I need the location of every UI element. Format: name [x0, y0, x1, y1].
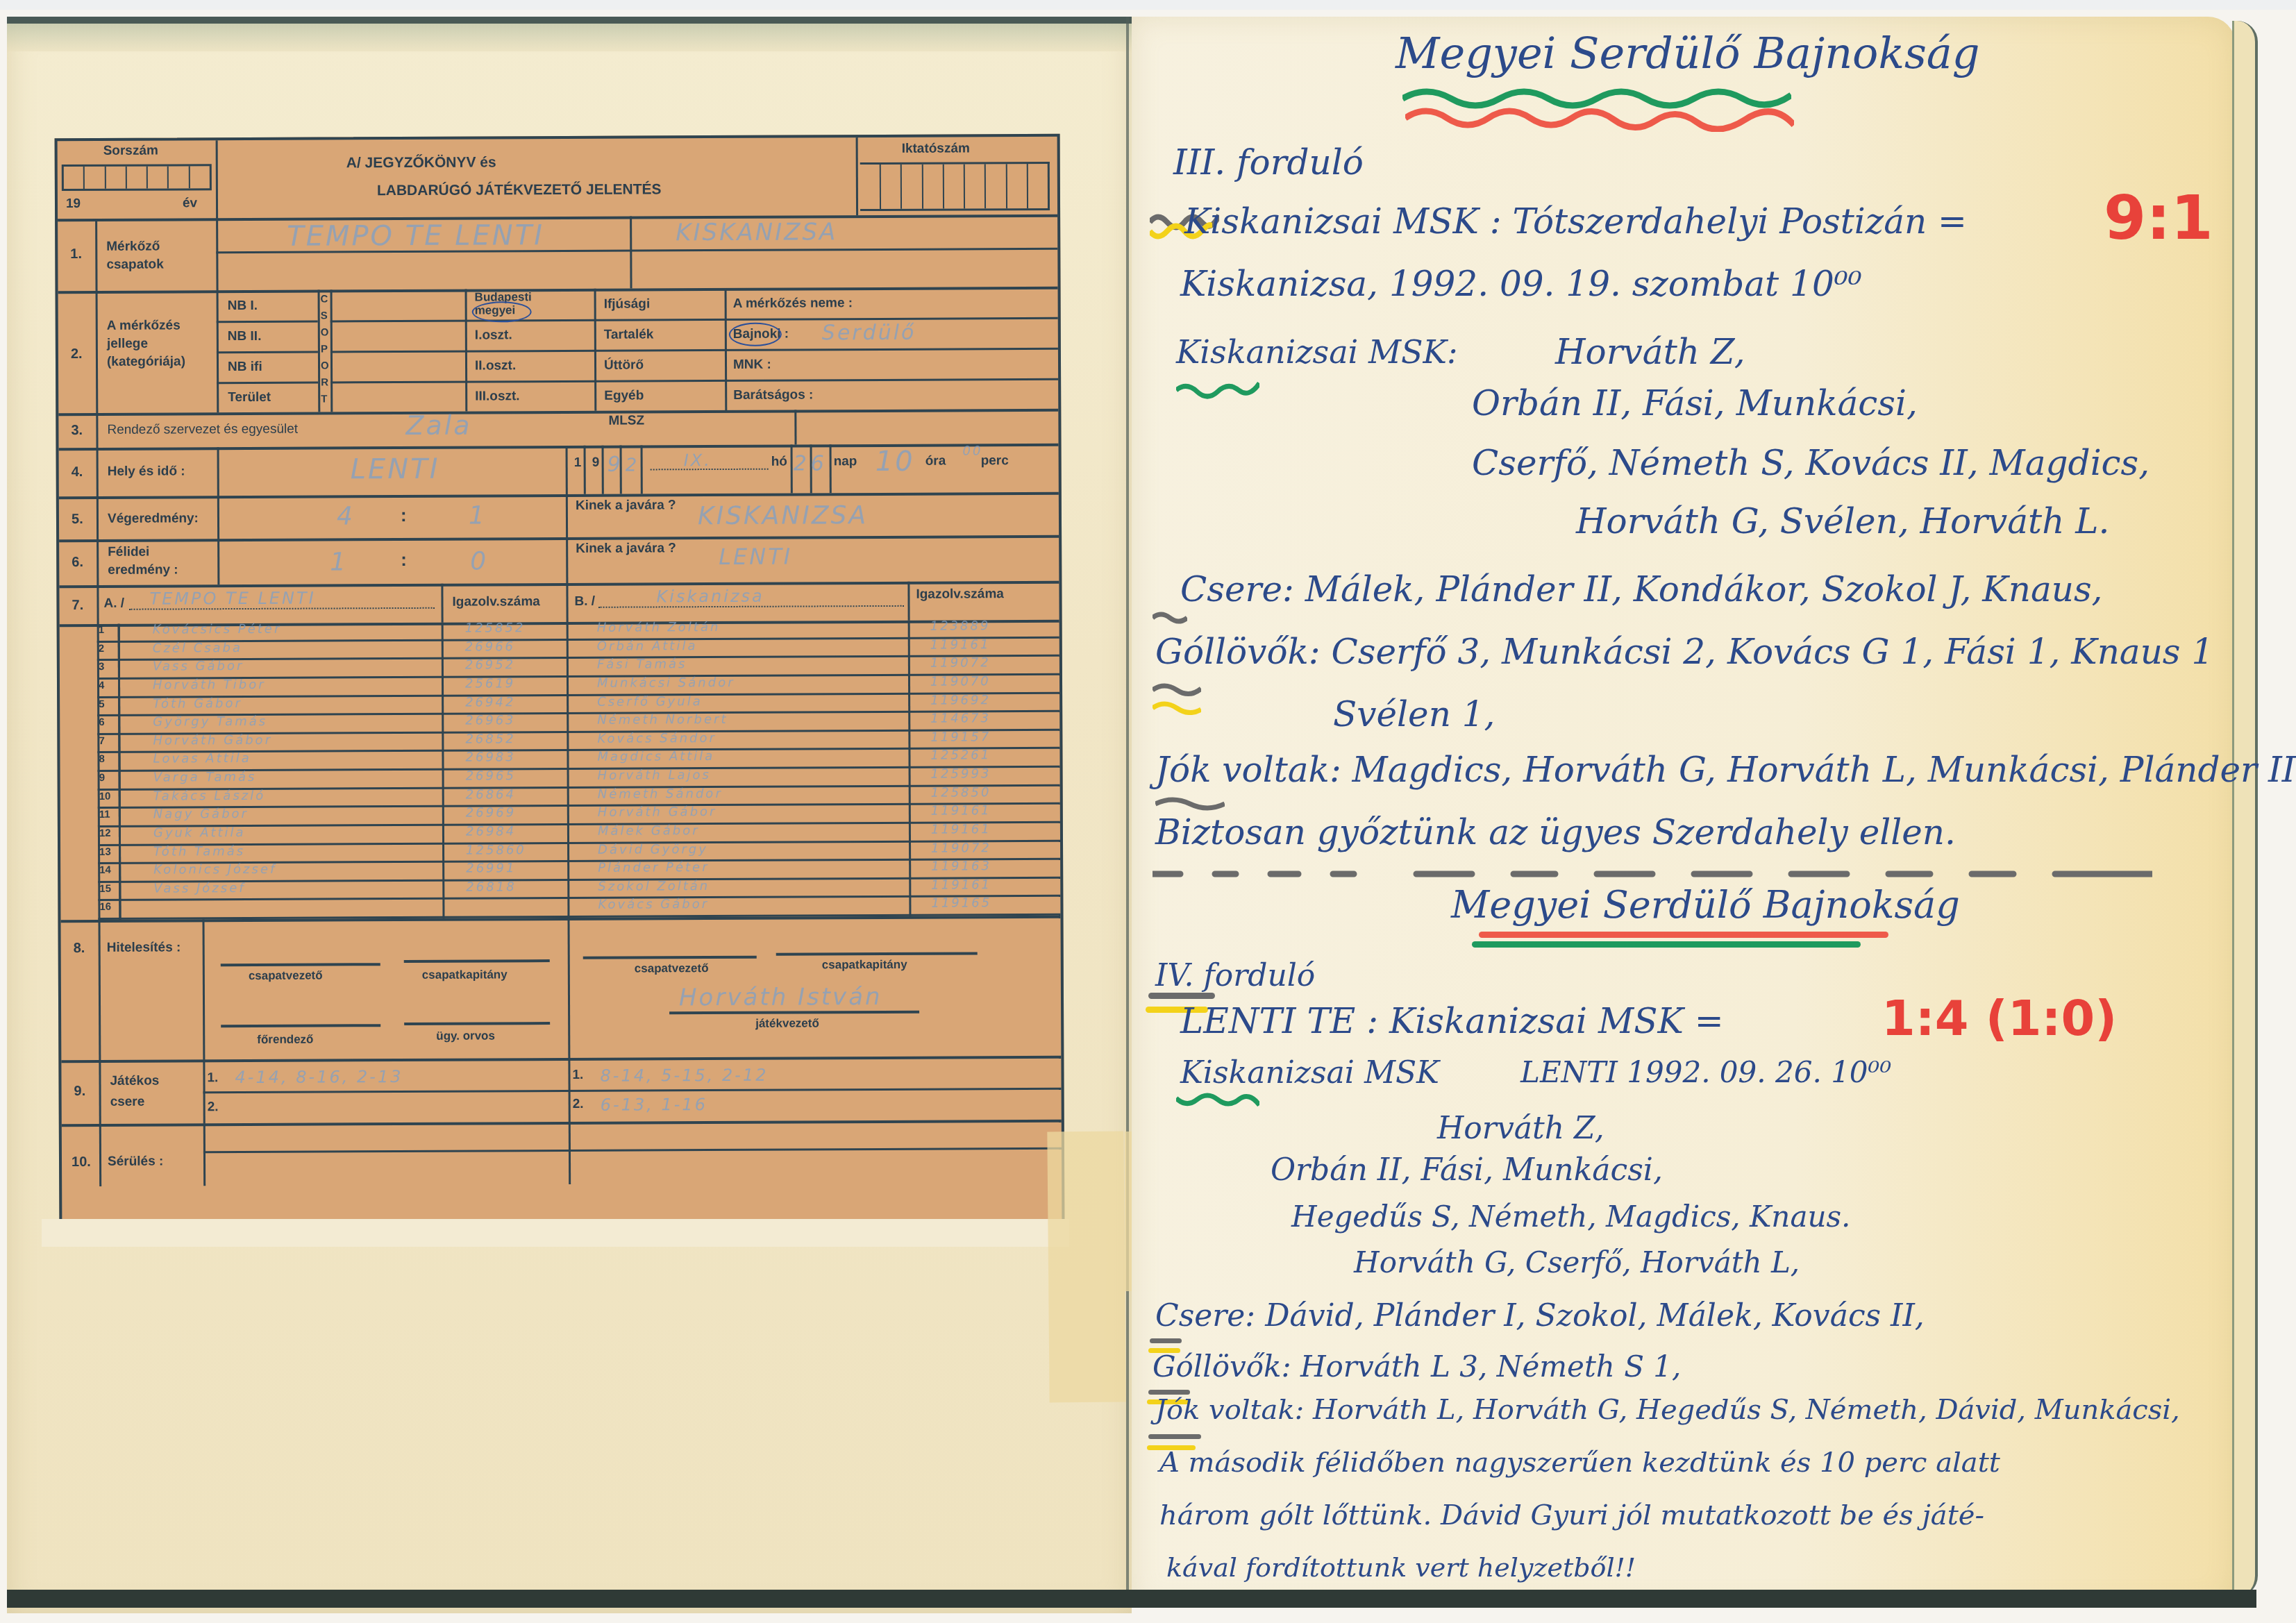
- injuries-label: Sérülés :: [108, 1154, 163, 1169]
- sub-b-line1: 8-14, 5-15, 2-12: [600, 1066, 768, 1086]
- player-b-name: Kovács Gábor: [598, 897, 709, 912]
- player-a-name: Nagy Gábor: [153, 807, 249, 822]
- player-a-id: 25619: [465, 676, 515, 691]
- round-4-score: 1:4 (1:0): [1882, 990, 2117, 1047]
- section-injuries: 10. Sérülés :: [62, 1120, 1062, 1186]
- halftime-label-2: eredmény :: [108, 562, 178, 578]
- round-3-score: 9:1: [2104, 182, 2213, 253]
- player-b-name: Szokol Zoltán: [598, 879, 710, 894]
- iktato-label: Iktatószám: [902, 141, 970, 156]
- player-b-name: Németh Norbert: [597, 712, 728, 728]
- section-number: 1.: [70, 246, 82, 262]
- heading-county-youth-championship: Megyei Serdülő Bajnokság: [1396, 28, 1979, 78]
- player-b-name: Kovács Sándor: [597, 731, 717, 746]
- round-4-comment-line: kával fordítottunk vert helyzetből!!: [1166, 1552, 1636, 1583]
- players-grid: 1Kovácsics Péter125852Horváth Zoltán1238…: [60, 620, 1061, 923]
- player-b-id: 119072: [931, 841, 991, 855]
- section-place-time: 4. Hely és idő : LENTI 1 9 9 2 IX. hó 26…: [59, 444, 1059, 499]
- level-nb2: NB II.: [228, 329, 262, 344]
- section-final-score: 5. Végeredmény: 4 : 1 Kinek a javára ? K…: [59, 492, 1059, 542]
- notebook-cover: [7, 1590, 2256, 1608]
- final-winner: KISKANIZSA: [698, 501, 868, 530]
- team-a-name-hw: TEMPO TE LENTI: [149, 589, 315, 609]
- type-egyeb: Egyéb: [604, 388, 644, 403]
- player-b-id: 119161: [931, 822, 991, 836]
- referee-report-form: Sorszám 19 év A/ JEGYZŐKÖNYV és LABDARÚG…: [55, 134, 1065, 1227]
- player-a-name: Gyuk Attila: [153, 825, 246, 841]
- hour-label: óra: [925, 454, 946, 469]
- player-a-id: 125860: [466, 843, 526, 857]
- player-b-name: Málek Gábor: [598, 823, 700, 839]
- round-3-scorers: Góllövők: Cserfő 3, Munkácsi 2, Kovács G…: [1155, 632, 2213, 672]
- minute-label: perc: [981, 453, 1009, 469]
- scan-border: [0, 0, 2296, 10]
- section-number: 2.: [71, 346, 83, 362]
- notebook-spine: [1126, 17, 1129, 1606]
- form-title-line1: A/ JEGYZŐKÖNYV és: [346, 154, 496, 171]
- score-colon: :: [401, 505, 407, 526]
- signature-line: [404, 1022, 550, 1025]
- sub-line-num: 2.: [573, 1097, 584, 1112]
- teams-label-2: csapatok: [106, 257, 163, 272]
- section-teams: 1. Mérkőző csapatok TEMPO TE LENTI KISKA…: [58, 215, 1057, 294]
- round-4-comment-line: három gólt lőttünk. Dávid Gyuri jól muta…: [1159, 1499, 1984, 1531]
- player-a-name: Vass József: [153, 881, 245, 896]
- category-label-3: (kategóriája): [107, 354, 185, 369]
- signature-line: [583, 956, 757, 959]
- winner-label: Kinek a javára ?: [576, 541, 676, 557]
- year-suffix: év: [183, 196, 197, 211]
- grey-wavy-underline: [1155, 796, 1225, 812]
- place-value: LENTI: [351, 453, 440, 486]
- round-4-lineup-line: Orbán II, Fási, Munkácsi,: [1271, 1152, 1663, 1188]
- signature-line: [776, 952, 978, 955]
- player-a-name: Horváth Tibor: [153, 678, 266, 693]
- player-number: 8: [99, 753, 104, 765]
- round-4-subs: Csere: Dávid, Plánder I, Szokol, Málek, …: [1155, 1298, 1925, 1334]
- page-stack-edge: [2232, 21, 2258, 1597]
- sorszam-boxes: [62, 164, 212, 191]
- winner-label: Kinek a javára ?: [576, 498, 676, 514]
- yellow-wavy-underline: [1153, 700, 1201, 715]
- sig-label: játékvezető: [755, 1016, 819, 1030]
- signature-line: [221, 963, 380, 966]
- category-label-2: jellege: [107, 337, 148, 352]
- type-tartalek: Tartalék: [604, 327, 654, 342]
- section-number: 6.: [72, 555, 83, 571]
- player-number: 1: [99, 624, 104, 636]
- round-4-lineup-line: Horváth G, Cserfő, Horváth L,: [1354, 1245, 1800, 1279]
- player-number: 3: [99, 661, 104, 673]
- authentication-label: Hitelesítés :: [107, 940, 181, 955]
- substitutions-label-2: csere: [110, 1095, 145, 1110]
- player-b-id: 125261: [930, 748, 991, 763]
- player-a-id: 26852: [465, 732, 515, 746]
- section-substitutions: 9. Játékos csere 1. 4-14, 8-16, 2-13 2. …: [61, 1056, 1061, 1127]
- section-number: 7.: [72, 598, 83, 614]
- round-3-lineup-line: Horváth G, Svélen, Horváth L.: [1576, 501, 2109, 541]
- substitutions-label: Játékos: [110, 1074, 159, 1089]
- sig-label: csapatvezető: [635, 961, 709, 975]
- section-number: 10.: [72, 1154, 91, 1170]
- type-uttoro: Úttörő: [604, 358, 644, 373]
- player-b-name: Dávid György: [598, 842, 708, 857]
- sub-b-line2: 6-13, 1-16: [601, 1095, 707, 1115]
- player-a-name: Tóth Tamás: [153, 843, 245, 859]
- sig-label: csapatvezető: [249, 968, 323, 982]
- grey-underline: [1150, 1338, 1182, 1343]
- player-b-id: 119692: [930, 693, 991, 707]
- player-b-name: Fási Tamás: [597, 657, 687, 672]
- category-label: A mérkőzés: [107, 318, 181, 333]
- round-3-details: Kiskanizsa, 1992. 09. 19. szombat 10⁰⁰: [1180, 264, 1862, 304]
- section-halftime-score: 6. Félidei eredmény : 1 : 0 Kinek a javá…: [59, 535, 1059, 588]
- player-number: 4: [99, 680, 104, 691]
- player-number: 12: [99, 827, 111, 839]
- halftime-score-a: 1: [330, 548, 348, 576]
- red-underline: [1479, 932, 1888, 938]
- section-number: 4.: [72, 464, 83, 480]
- hour-value: 10: [875, 446, 915, 478]
- player-a-name: Lovas Attila: [153, 751, 251, 766]
- player-number: 16: [99, 901, 111, 913]
- team-a-prefix: A. /: [103, 596, 124, 612]
- player-b-name: Horváth Zoltán: [597, 620, 721, 635]
- grey-wavy-underline: [1153, 682, 1201, 697]
- year-digit: 1: [574, 455, 582, 471]
- player-number: 5: [99, 698, 104, 709]
- level-nbifi: NB ifi: [228, 360, 262, 375]
- player-b-id: 119161: [931, 877, 991, 892]
- sig-label: csapatkapitány: [422, 968, 508, 982]
- section-category: 2. A mérkőzés jellege (kategóriája) NB I…: [58, 287, 1059, 416]
- iktato-boxes: [860, 162, 1050, 211]
- player-b-id: 125993: [931, 766, 991, 781]
- player-a-id: 26818: [466, 880, 516, 894]
- player-b-id: 125850: [931, 785, 991, 800]
- month-dotted-line: [651, 469, 769, 471]
- round-4-scorers: Góllövők: Horváth L 3, Németh S 1,: [1153, 1349, 1681, 1384]
- player-b-name: Horváth Lajos: [598, 768, 711, 783]
- player-b-id: 123889: [930, 619, 991, 633]
- division-1: I.oszt.: [475, 328, 512, 343]
- csoport-vertical: CSOPORT: [321, 291, 330, 407]
- organizer-value: Zala: [405, 410, 471, 441]
- grey-underline: [1148, 1434, 1201, 1439]
- player-b-id: 114673: [930, 711, 991, 725]
- player-b-name: Orbán Attila: [597, 639, 698, 654]
- player-a-id: 26991: [466, 861, 516, 875]
- grey-wavy-underline: [1153, 611, 1187, 625]
- minute-value: 00: [963, 444, 983, 458]
- halftime-winner: LENTI: [719, 544, 792, 570]
- team-a-handwritten: TEMPO TE LENTI: [287, 219, 544, 253]
- signature-line: [669, 1011, 919, 1015]
- form-header: Sorszám 19 év A/ JEGYZŐKÖNYV és LABDARÚG…: [58, 137, 1057, 221]
- id-header-b: Igazolv.száma: [916, 587, 1003, 603]
- round-4-lineup-line: Hegedűs S, Németh, Magdics, Knaus.: [1291, 1200, 1850, 1234]
- player-number: 14: [99, 864, 111, 876]
- month-label: hó: [771, 455, 787, 470]
- year-digit: 9: [592, 455, 600, 471]
- page-edge: [7, 24, 1132, 51]
- player-a-id: 26969: [466, 806, 516, 821]
- kind-baratsagos: Barátságos :: [733, 387, 813, 403]
- round-4-best-players: Jók voltak: Horváth L, Horváth G, Hegedű…: [1155, 1394, 2180, 1426]
- round-3-title: III. forduló: [1173, 142, 1364, 183]
- round-3-lineup-line: Orbán II, Fási, Munkácsi,: [1472, 383, 1918, 423]
- signature-line: [221, 1024, 380, 1027]
- year-digit-hw: 2: [626, 455, 639, 476]
- division-3: III.oszt.: [475, 389, 520, 404]
- section-number: 9.: [74, 1084, 86, 1100]
- round-3-team-label: Kiskanizsai MSK:: [1176, 333, 1457, 371]
- player-b-id: 119157: [930, 730, 991, 744]
- round-4-title: IV. forduló: [1155, 958, 1315, 993]
- round-4-match: LENTI TE : Kiskanizsai MSK =: [1180, 1001, 1724, 1041]
- player-a-id: 26983: [465, 750, 515, 765]
- player-number: 11: [99, 809, 110, 821]
- green-wavy-underline: [1176, 380, 1259, 403]
- sub-line-num: 1.: [572, 1068, 583, 1083]
- player-b-name: Németh Sándor: [598, 787, 723, 802]
- player-b-id: 119072: [930, 656, 991, 671]
- referee-signature: Horváth István: [679, 983, 882, 1011]
- player-a-id: 26952: [465, 658, 515, 673]
- round-3-lineup-line: Cserfő, Németh S, Kovács II, Magdics,: [1472, 443, 2150, 483]
- player-number: 6: [99, 716, 104, 728]
- player-b-id: 119165: [931, 896, 991, 911]
- sig-label: csapatkapitány: [822, 958, 907, 973]
- division-2: II.oszt.: [475, 358, 516, 373]
- player-a-id: 26965: [466, 768, 516, 783]
- grey-dashed-underline: [1153, 864, 2152, 884]
- organizer-label: Rendező szervezet és egyesület: [107, 422, 298, 438]
- round-3-match: Kiskanizsai MSK : Tótszerdahelyi Postizá…: [1184, 201, 1967, 242]
- player-b-id: 119070: [930, 674, 991, 689]
- round-3-lineup-line: Horváth Z,: [1555, 332, 1745, 372]
- team-b-name-hw: Kiskanizsa: [656, 587, 764, 607]
- player-b-id: 119163: [931, 859, 991, 873]
- player-a-name: Horváth Gábor: [153, 733, 272, 748]
- player-a-name: Kolonics József: [153, 862, 276, 877]
- kind-label: A mérkőzés neme :: [733, 296, 853, 312]
- player-a-name: Kovácsics Péter: [153, 622, 282, 637]
- day-label: nap: [834, 454, 857, 469]
- day-value: 26: [794, 451, 828, 476]
- final-score-b: 1: [469, 501, 487, 530]
- heading-county-youth-championship-2: Megyei Serdülő Bajnokság: [1451, 883, 1960, 927]
- round-3-scorers-cont: Svélen 1,: [1333, 694, 1495, 734]
- halftime-label: Félidei: [108, 545, 149, 560]
- torn-form-edge: [42, 1219, 1069, 1247]
- round-4-team-label: Kiskanizsai MSK: [1180, 1055, 1439, 1091]
- player-number: 10: [99, 790, 111, 802]
- final-score-label: Végeredmény:: [108, 511, 199, 527]
- player-a-id: 26966: [465, 639, 515, 654]
- sig-label: ügy. orvos: [436, 1029, 495, 1043]
- player-number: 13: [99, 846, 111, 857]
- player-b-name: Horváth Gábor: [598, 805, 717, 820]
- player-a-id: 125852: [465, 621, 526, 635]
- bajnoki-value: Serdülő: [822, 321, 916, 346]
- round-3-best-players: Jók voltak: Magdics, Horváth G, Horváth …: [1155, 750, 2295, 790]
- player-b-id: 119161: [931, 804, 991, 818]
- round-4-details: LENTI 1992. 09. 26. 10⁰⁰: [1520, 1055, 1891, 1089]
- team-b-handwritten: KISKANIZSA: [676, 218, 837, 246]
- player-a-name: Varga Tamás: [153, 770, 257, 785]
- section-authentication: 8. Hitelesítés : csapatvezető csapatkapi…: [60, 916, 1061, 1063]
- adhesive-tape: [1047, 1132, 1125, 1403]
- player-number: 7: [99, 735, 104, 747]
- sub-line-num: 1.: [207, 1070, 218, 1086]
- final-score-a: 4: [337, 502, 355, 530]
- score-colon: :: [401, 549, 407, 571]
- player-b-name: Magdics Attila: [597, 749, 714, 764]
- section-number: 3.: [71, 423, 83, 439]
- round-4-lineup-line: Horváth Z,: [1437, 1111, 1604, 1146]
- player-b-name: Munkácsi Sándor: [597, 675, 735, 691]
- round-3-comment: Biztosan győztünk az ügyes Szerdahely el…: [1155, 812, 1956, 852]
- sub-a-line1: 4-14, 8-16, 2-13: [235, 1067, 403, 1087]
- player-number: 9: [99, 772, 105, 784]
- section-number: 5.: [72, 512, 83, 528]
- teams-label: Mérkőző: [106, 239, 160, 255]
- type-ifjusagi: Ifjúsági: [604, 296, 651, 312]
- player-a-name: György Tamás: [153, 714, 267, 730]
- kind-mnk: MNK :: [733, 358, 771, 373]
- player-number: 15: [99, 883, 111, 895]
- player-a-id: 26984: [466, 824, 516, 839]
- level-nb1: NB I.: [228, 298, 258, 314]
- player-b-name: Cserfő Gyula: [597, 694, 703, 709]
- player-a-id: 26963: [465, 713, 515, 728]
- player-a-name: Czél Csaba: [153, 641, 242, 656]
- year-prefix: 19: [66, 196, 81, 212]
- player-a-name: Vass Gábor: [153, 659, 244, 674]
- player-b-name: Plánder Péter: [598, 860, 709, 875]
- round-3-subs: Csere: Málek, Plánder II, Kondákor, Szok…: [1180, 569, 2102, 609]
- team-b-prefix: B. /: [574, 594, 595, 609]
- bajnoki-circle: [729, 323, 782, 346]
- player-a-name: Tóth Gábor: [153, 696, 242, 711]
- red-wavy-underline: [1405, 104, 1794, 132]
- month-value: IX.: [684, 451, 712, 470]
- green-underline: [1472, 941, 1861, 948]
- sorszam-label: Sorszám: [103, 144, 158, 159]
- green-wavy-underline: [1176, 1091, 1259, 1112]
- grey-underline: [1148, 993, 1215, 999]
- player-number: 2: [99, 642, 104, 654]
- round-4-comment-line: A második félidőben nagyszerűen kezdtünk…: [1159, 1447, 2000, 1479]
- level-terulet: Terület: [228, 390, 271, 405]
- id-header-a: Igazolv.száma: [452, 594, 539, 610]
- player-b-id: 119161: [930, 637, 991, 652]
- player-a-id: 26942: [465, 695, 515, 709]
- section-number: 8.: [74, 941, 85, 957]
- place-time-label: Hely és idő :: [108, 464, 185, 479]
- form-title-line2: LABDARÚGÓ JÁTÉKVEZETŐ JELENTÉS: [377, 181, 662, 199]
- sub-line-num: 2.: [208, 1100, 219, 1115]
- halftime-score-b: 0: [470, 547, 488, 575]
- signature-line: [404, 959, 550, 963]
- sig-label: főrendező: [257, 1033, 313, 1047]
- organizer-org: MLSZ: [608, 413, 644, 428]
- player-a-name: Takács László: [153, 788, 266, 803]
- player-a-id: 26864: [466, 787, 516, 802]
